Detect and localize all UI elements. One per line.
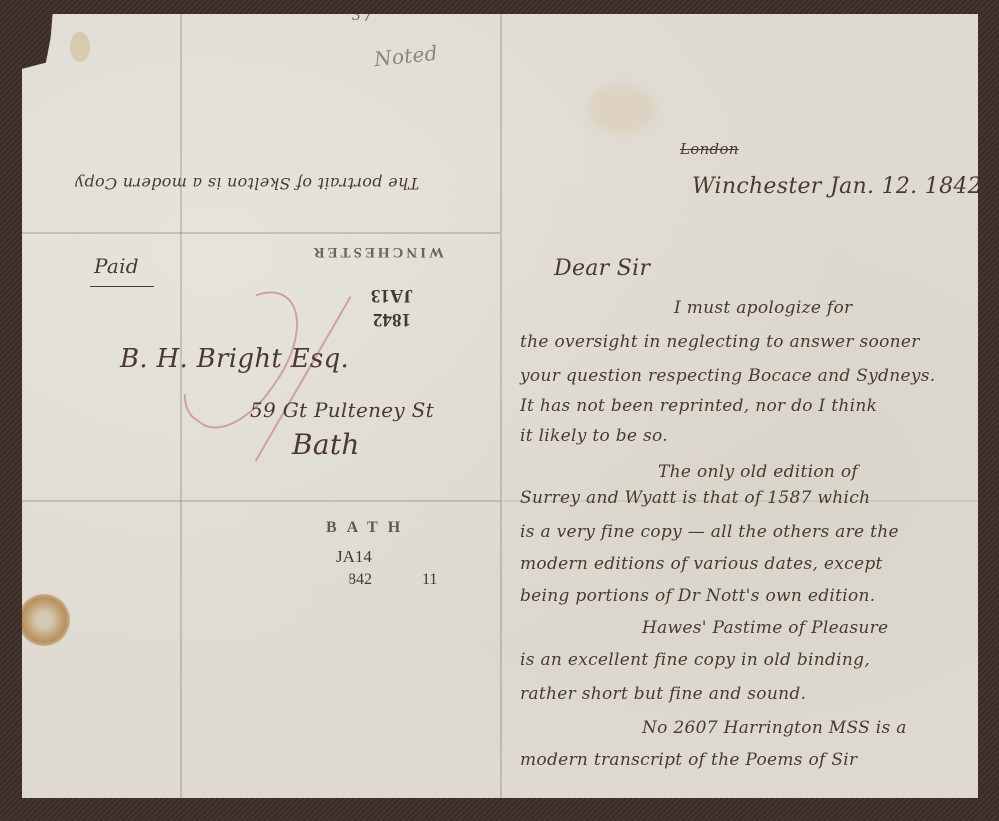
letter-date: Jan. 12. 1842 [830, 174, 982, 199]
letter-line-10: being portions of Dr Nott's own edition. [520, 586, 875, 606]
address-name: B. H. Bright Esq. [120, 344, 349, 374]
letter-line-11: Hawes' Pastime of Pleasure [642, 618, 888, 638]
postmark-bath-town: BATH [326, 519, 410, 537]
upside-down-note: The portrait of Skelton is a modern Copy [42, 174, 452, 193]
letter-line-14: No 2607 Harrington MSS is a [642, 718, 907, 738]
address-city: Bath [292, 428, 360, 461]
fold-line-horizontal-1 [22, 232, 500, 234]
stain-top-right [587, 84, 657, 134]
stain-top-left [70, 32, 90, 62]
postmark-winchester: WINCHESTER JA13 1842 [340, 242, 444, 346]
postmark-winchester-ring: WINCHESTER [340, 243, 444, 260]
paid-mark: Paid [94, 254, 139, 278]
postmark-bath-year: 1842 [340, 571, 372, 589]
letter-line-7: Surrey and Wyatt is that of 1587 which [520, 488, 870, 508]
fold-line-vertical-2 [500, 14, 502, 798]
postmark-bath-date: JA14 [336, 547, 372, 567]
letter-place-struck: London [680, 140, 739, 158]
letter-line-2: the oversight in neglecting to answer so… [520, 332, 920, 352]
letter-line-12: is an excellent fine copy in old binding… [520, 650, 870, 670]
postmark-winchester-date: JA13 [340, 284, 444, 306]
letter-line-13: rather short but fine and sound. [520, 684, 806, 704]
letter-paper: 3 / Noted The portrait of Skelton is a m… [22, 14, 978, 798]
fold-line-horizontal-2 [22, 500, 500, 502]
postmark-bath-extra: 11 [422, 571, 437, 589]
letter-line-4: It has not been reprinted, nor do I thin… [520, 396, 877, 416]
pencil-noted-note: Noted [373, 41, 439, 72]
wax-seal-remnant [18, 594, 70, 646]
paid-underline [90, 286, 154, 287]
postmark-bath: BATH JA14 1842 11 [312, 519, 452, 609]
letter-line-5: it likely to be so. [520, 426, 668, 446]
letter-salutation: Dear Sir [554, 256, 650, 281]
letter-line-15: modern transcript of the Poems of Sir [520, 750, 857, 770]
fold-line-vertical-1 [180, 14, 182, 798]
pencil-top-mark: 3 / [352, 8, 371, 24]
address-street: 59 Gt Pulteney St [250, 398, 434, 422]
letter-line-9: modern editions of various dates, except [520, 554, 883, 574]
letter-line-6: The only old edition of [658, 462, 858, 482]
letter-place: Winchester [692, 174, 822, 199]
letter-line-8: is a very fine copy — all the others are… [520, 522, 899, 542]
postmark-winchester-year: 1842 [340, 308, 444, 330]
letter-line-1: I must apologize for [674, 298, 852, 318]
letter-line-3: your question respecting Bocace and Sydn… [520, 366, 935, 386]
